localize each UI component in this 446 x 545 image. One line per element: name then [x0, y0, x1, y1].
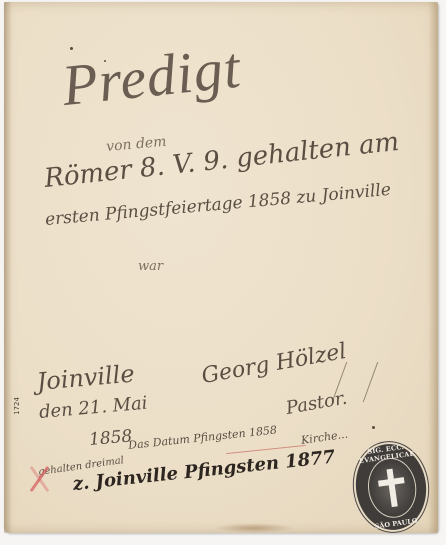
water-stain	[214, 523, 294, 533]
closing-place: Joinville	[36, 360, 136, 396]
annotation-upper: Das Datum Pfingsten 1858	[128, 423, 278, 452]
signature-role: Pastor.	[284, 388, 348, 419]
signature-name: Georg Hölzel	[200, 339, 349, 389]
closing-date: den 21. Mai	[38, 393, 148, 423]
church-seal: SIG. ECC. EVANGELICAE SÃO PAULO	[350, 440, 431, 535]
closing-year: 1858	[88, 426, 133, 450]
ink-spot	[372, 426, 375, 429]
cross-icon	[387, 469, 398, 507]
red-pencil-mark-icon	[28, 464, 50, 494]
manuscript-page: Predigt von dem Römer 8. V. 9. gehalten …	[4, 2, 438, 533]
line-war: war	[138, 259, 163, 274]
margin-number: 1724	[13, 397, 21, 415]
ink-spot	[70, 47, 73, 50]
annotation-right: Kirche...	[300, 428, 349, 447]
annotation-main: z. Joinville Pfingsten 1877	[72, 447, 336, 495]
seal-center	[364, 455, 420, 521]
document-title: Predigt	[59, 34, 244, 119]
